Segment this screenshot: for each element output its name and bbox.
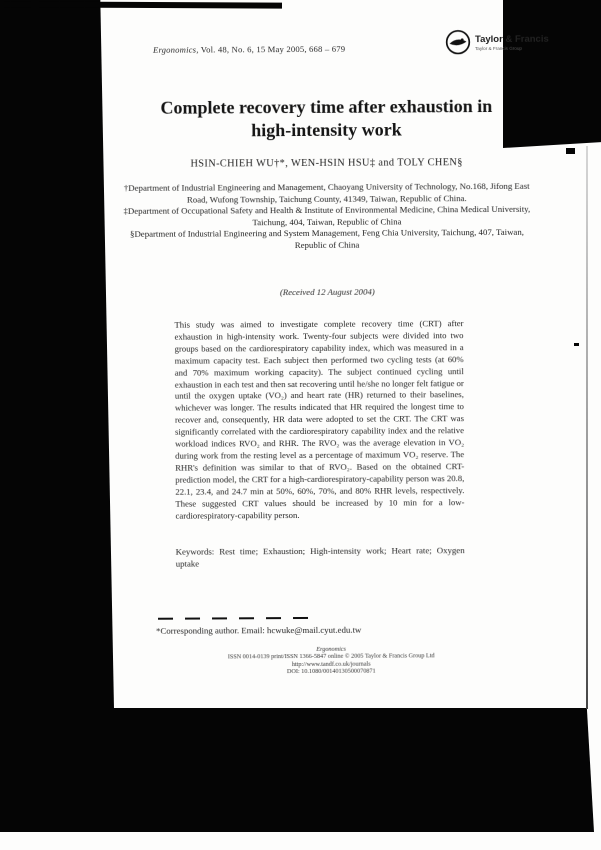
journal-name: Ergonomics, bbox=[153, 45, 199, 55]
affiliation-2: ‡Department of Occupational Safety and H… bbox=[119, 204, 535, 229]
taylor-francis-logo: Taylor & Francis Taylor & Francis Group bbox=[445, 29, 549, 61]
journal-header-line: Ergonomics, Vol. 48, No. 6, 15 May 2005,… bbox=[153, 44, 345, 55]
keywords-line: Keywords: Rest time; Exhaustion; High-in… bbox=[176, 544, 465, 570]
affiliation-3: §Department of Industrial Engineering an… bbox=[119, 227, 535, 252]
logo-subtitle: Taylor & Francis Group bbox=[475, 46, 549, 51]
scanned-paper-page: Ergonomics, Vol. 48, No. 6, 15 May 2005,… bbox=[0, 0, 601, 850]
logo-text: Taylor & Francis Taylor & Francis Group bbox=[475, 29, 549, 51]
affiliation-1: †Department of Industrial Engineering an… bbox=[119, 181, 535, 206]
authors-line: HSIN-CHIEH WU†*, WEN-HSIN HSU‡ and TOLY … bbox=[127, 157, 527, 170]
page-content: Ergonomics, Vol. 48, No. 6, 15 May 2005,… bbox=[0, 0, 601, 850]
footnote-separator-dashes bbox=[158, 617, 316, 620]
abstract-paragraph: This study was aimed to investigate comp… bbox=[174, 318, 464, 522]
footer-doi-line: DOI: 10.1080/00140130500070871 bbox=[121, 667, 541, 677]
article-title-line1: Complete recovery time after exhaustion … bbox=[126, 95, 526, 120]
logo-name: Taylor & Francis bbox=[475, 35, 549, 45]
article-title-line2: high-intensity work bbox=[126, 117, 526, 142]
corresponding-author-footnote: *Corresponding author. Email: hcwuke@mai… bbox=[156, 624, 476, 636]
journal-footer-block: Ergonomics ISSN 0014-0139 print/ISSN 136… bbox=[121, 645, 541, 677]
taylor-francis-logo-icon bbox=[445, 29, 471, 60]
affiliations-block: †Department of Industrial Engineering an… bbox=[119, 181, 535, 253]
received-date-line: (Received 12 August 2004) bbox=[127, 286, 527, 298]
journal-issue-info: Vol. 48, No. 6, 15 May 2005, 668 – 679 bbox=[199, 44, 346, 55]
article-title: Complete recovery time after exhaustion … bbox=[126, 95, 526, 142]
